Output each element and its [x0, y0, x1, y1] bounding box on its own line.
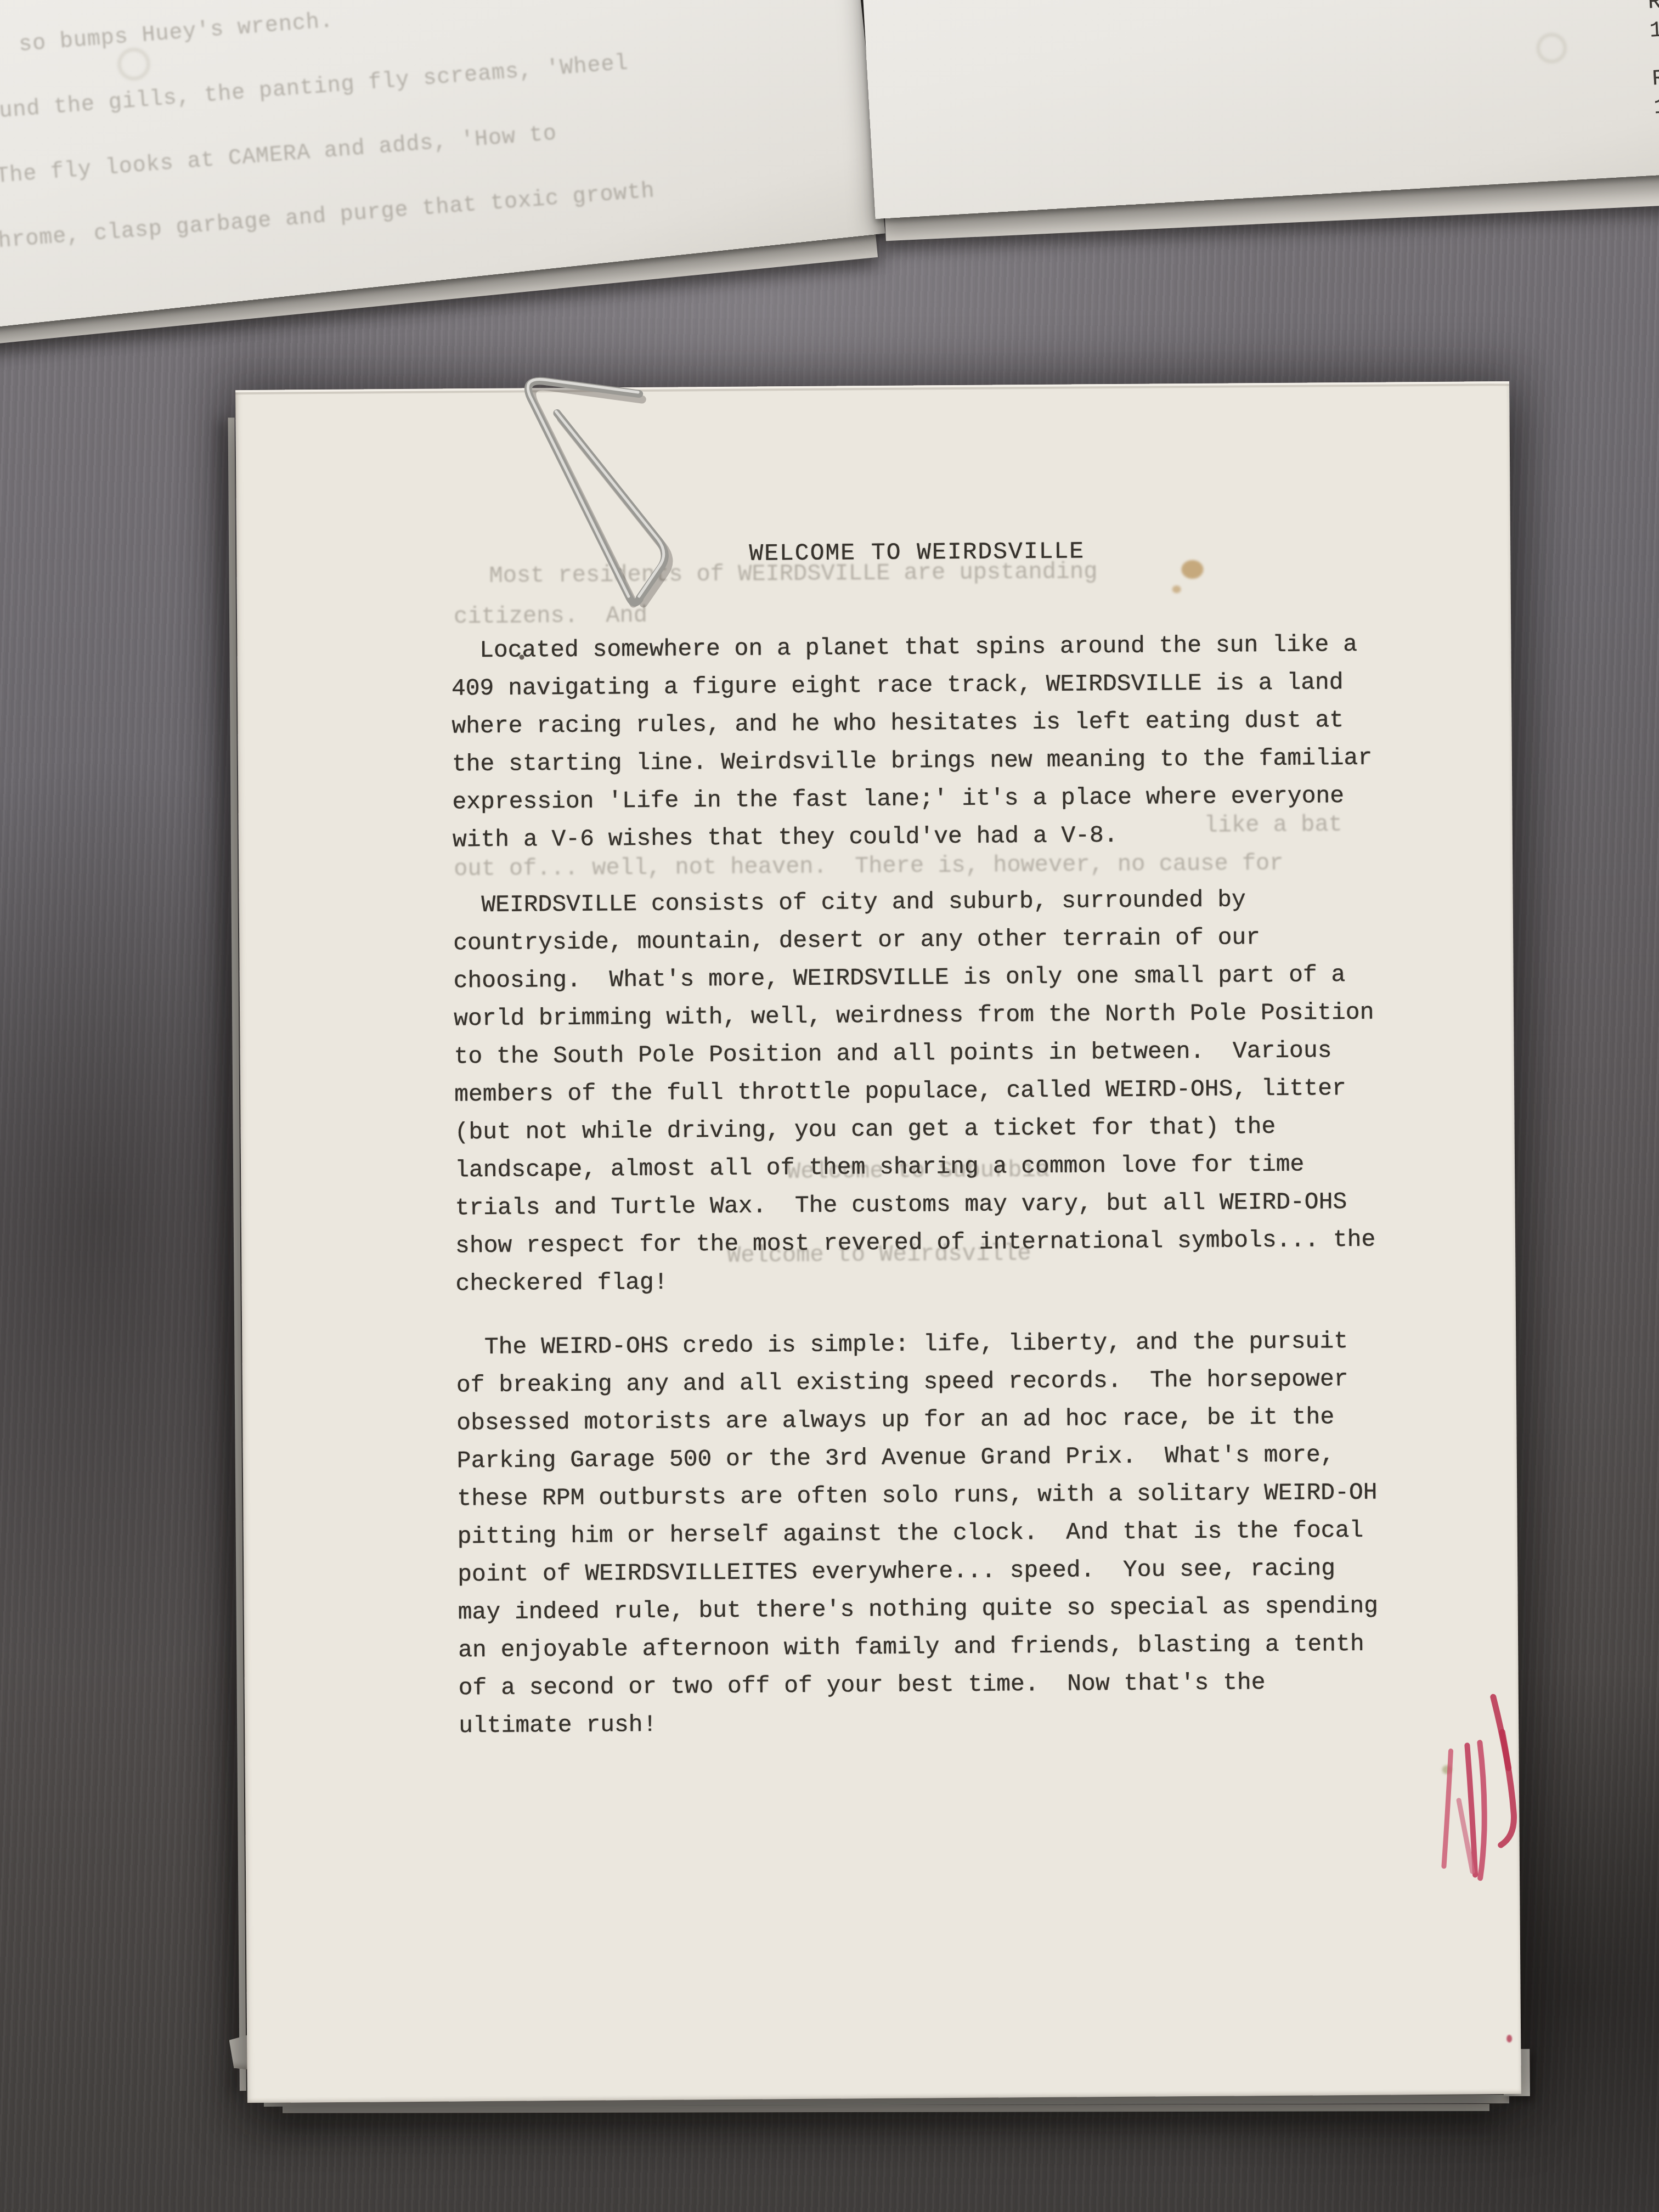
document-page: Most residents of WEIRDSVILLE are upstan… — [235, 381, 1521, 2103]
ring-stain — [1536, 32, 1568, 64]
red-dot — [1506, 2035, 1512, 2042]
stain — [1172, 585, 1181, 593]
margin-page-numbers: R 1 Re 11 — [1647, 0, 1659, 122]
stain — [1181, 560, 1203, 579]
bleed-through-text: so bumps Huey's wrench. around the gills… — [0, 0, 657, 276]
stack-bottom-edge — [283, 2104, 1489, 2113]
speck — [520, 654, 524, 659]
margin-text: 1 — [1649, 16, 1659, 46]
paperclip — [488, 354, 709, 641]
red-scribble — [1419, 1681, 1552, 1891]
typed-content: WELCOME TO WEIRDSVILLE Located somewhere… — [450, 531, 1391, 1745]
paragraph-3: The WEIRD-OHS credo is simple: life, lib… — [456, 1322, 1391, 1745]
margin-text: 11 — [1653, 93, 1659, 123]
paper-stack: Most residents of WEIRDSVILLE are upstan… — [235, 381, 1521, 2103]
margin-text: R — [1647, 0, 1659, 18]
paragraph-2: WEIRDSVILLE consists of city and suburb,… — [453, 880, 1388, 1303]
photo-backdrop: so bumps Huey's wrench. around the gills… — [0, 0, 1659, 2212]
paragraph-1: Located somewhere on a planet that spins… — [451, 625, 1385, 859]
margin-text: Re — [1651, 64, 1659, 94]
